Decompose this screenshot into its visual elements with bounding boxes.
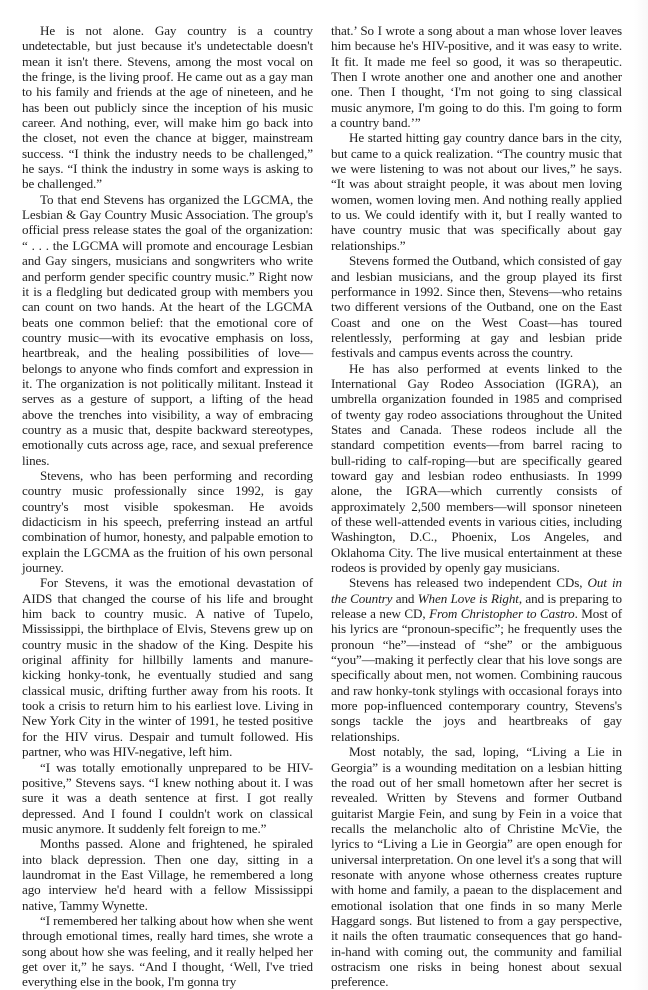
paragraph: Stevens formed the Outband, which consis…: [331, 253, 622, 360]
paragraph: He started hitting gay country dance bar…: [331, 130, 622, 253]
document-page: He is not alone. Gay country is a countr…: [0, 0, 648, 990]
text-segment: . Most of his lyrics are “pronoun-specif…: [331, 606, 622, 744]
text-segment: Stevens has released two independent CDs…: [349, 575, 588, 590]
album-title-when-love-is-right: When Love is Right: [418, 591, 519, 606]
paragraph: Most notably, the sad, loping, “Living a…: [331, 744, 622, 990]
paragraph: He is not alone. Gay country is a countr…: [22, 23, 313, 192]
right-column: that.’ So I wrote a song about a man who…: [331, 23, 622, 990]
paragraph: Stevens, who has been performing and rec…: [22, 468, 313, 575]
paragraph: Months passed. Alone and frightened, he …: [22, 836, 313, 913]
paragraph-continued: that.’ So I wrote a song about a man who…: [331, 23, 622, 130]
paragraph: “I remembered her talking about how when…: [22, 913, 313, 990]
paragraph: “I was totally emotionally unprepared to…: [22, 760, 313, 837]
album-title-from-christopher-to-castro: From Christopher to Castro: [429, 606, 575, 621]
paragraph-with-titles: Stevens has released two independent CDs…: [331, 575, 622, 744]
paragraph: To that end Stevens has organized the LG…: [22, 192, 313, 468]
paragraph: He has also performed at events linked t…: [331, 361, 622, 576]
left-column: He is not alone. Gay country is a countr…: [22, 23, 313, 990]
page-edge-shadow: [634, 0, 648, 990]
text-segment: and: [392, 591, 417, 606]
paragraph: For Stevens, it was the emotional devast…: [22, 575, 313, 759]
